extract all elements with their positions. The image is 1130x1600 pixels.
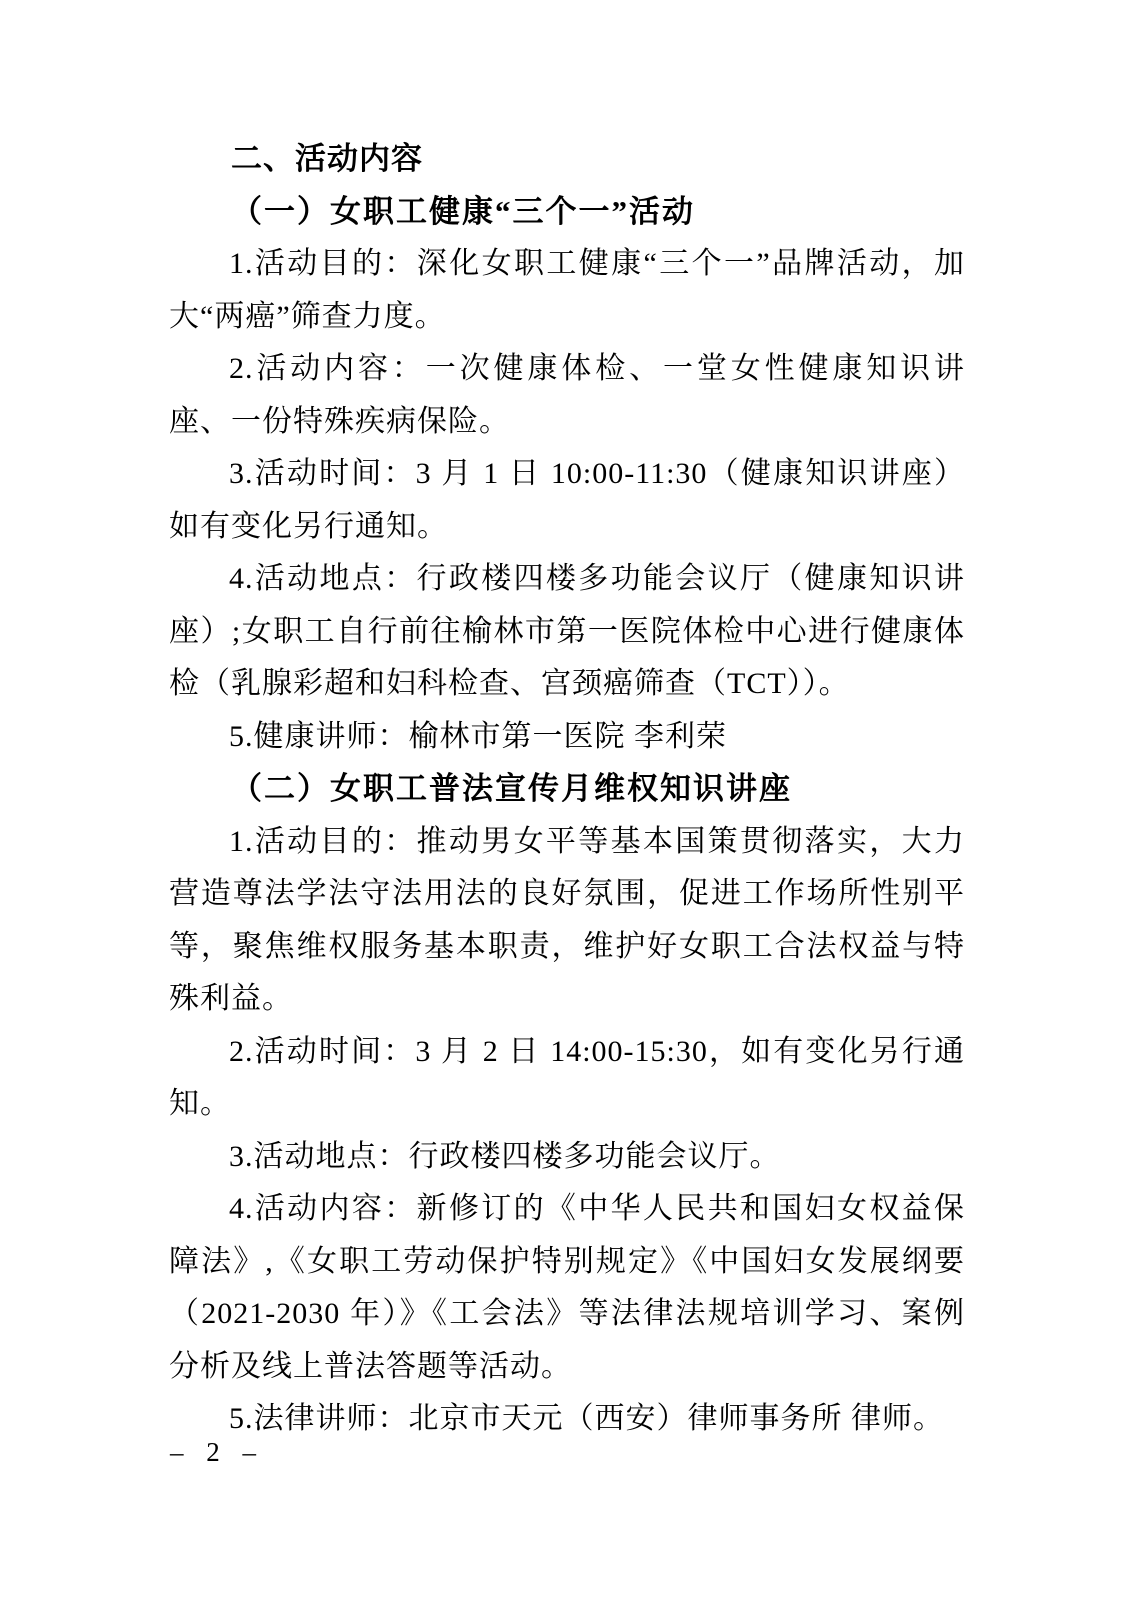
subsection-2-item-location: 3.活动地点：行政楼四楼多功能会议厅。: [169, 1131, 965, 1184]
subsection-2-heading: （二）女职工普法宣传月维权知识讲座: [169, 763, 965, 816]
subsection-2-item-content: 4.活动内容：新修订的《中华人民共和国妇女权益保障法》,《女职工劳动保护特别规定…: [169, 1183, 965, 1393]
page-number: – 2 –: [170, 1437, 264, 1467]
subsection-2-item-lecturer: 5.法律讲师：北京市天元（西安）律师事务所 律师。: [169, 1393, 965, 1446]
document-body: 二、活动内容 （一）女职工健康“三个一”活动 1.活动目的：深化女职工健康“三个…: [169, 133, 965, 1446]
subsection-1-item-time: 3.活动时间：3 月 1 日 10:00-11:30（健康知识讲座）如有变化另行…: [169, 448, 965, 553]
subsection-1-heading: （一）女职工健康“三个一”活动: [169, 186, 965, 239]
subsection-1-item-content: 2.活动内容：一次健康体检、一堂女性健康知识讲座、一份特殊疾病保险。: [169, 343, 965, 448]
subsection-2-item-time: 2.活动时间：3 月 2 日 14:00-15:30，如有变化另行通知。: [169, 1026, 965, 1131]
subsection-2-item-purpose: 1.活动目的：推动男女平等基本国策贯彻落实，大力营造尊法学法守法用法的良好氛围，…: [169, 816, 965, 1026]
subsection-1-item-location: 4.活动地点：行政楼四楼多功能会议厅（健康知识讲座）;女职工自行前往榆林市第一医…: [169, 553, 965, 711]
subsection-1-item-lecturer: 5.健康讲师：榆林市第一医院 李利荣: [169, 711, 965, 764]
subsection-1-item-purpose: 1.活动目的：深化女职工健康“三个一”品牌活动，加大“两癌”筛查力度。: [169, 238, 965, 343]
document-page: 二、活动内容 （一）女职工健康“三个一”活动 1.活动目的：深化女职工健康“三个…: [0, 0, 1130, 1600]
section-heading: 二、活动内容: [169, 133, 965, 186]
page-footer: – 2 –: [170, 1437, 264, 1468]
